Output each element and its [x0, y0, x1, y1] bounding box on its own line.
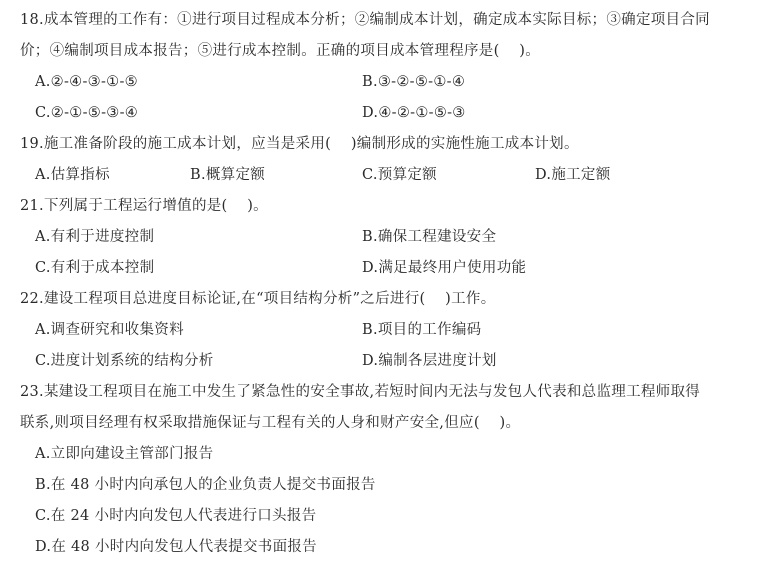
question-21-option-d: D.满足最终用户使用功能 — [362, 258, 526, 278]
question-23-option-d: D.在 48 小时内向发包人代表提交书面报告 — [35, 537, 317, 557]
question-23-option-b: B.在 48 小时内向承包人的企业负责人提交书面报告 — [35, 475, 376, 495]
question-19-option-d: D.施工定额 — [535, 165, 611, 185]
question-19-option-b: B.概算定额 — [190, 165, 265, 185]
question-22-option-d: D.编制各层进度计划 — [362, 351, 497, 371]
question-19-option-a: A.估算指标 — [35, 165, 110, 185]
question-21-option-c: C.有利于成本控制 — [35, 258, 154, 278]
question-22-option-b: B.项目的工作编码 — [362, 320, 481, 340]
question-21-option-b: B.确保工程建设安全 — [362, 227, 496, 247]
question-18-stem-line1: 18.成本管理的工作有：①进行项目过程成本分析；②编制成本计划，确定成本实际目标… — [20, 10, 710, 30]
question-21-option-a: A.有利于进度控制 — [35, 227, 154, 247]
question-21-stem: 21.下列属于工程运行增值的是( )。 — [20, 196, 268, 216]
question-22-stem: 22.建设工程项目总进度目标论证,在“项目结构分析”之后进行( )工作。 — [20, 289, 496, 309]
question-23-stem-line2: 联系,则项目经理有权采取措施保证与工程有关的人身和财产安全,但应( )。 — [20, 413, 520, 433]
question-23-option-a: A.立即向建设主管部门报告 — [35, 444, 213, 464]
question-22-option-c: C.进度计划系统的结构分析 — [35, 351, 214, 371]
question-18-option-d: D.④-②-①-⑤-③ — [362, 103, 466, 123]
question-18-option-c: C.②-①-⑤-③-④ — [35, 103, 138, 123]
question-18-option-a: A.②-④-③-①-⑤ — [35, 72, 138, 92]
question-23-stem-line1: 23.某建设工程项目在施工中发生了紧急性的安全事故,若短时间内无法与发包人代表和… — [20, 382, 700, 402]
question-19-option-c: C.预算定额 — [362, 165, 437, 185]
question-23-option-c: C.在 24 小时内向发包人代表进行口头报告 — [35, 506, 316, 526]
question-18-stem-line2: 价；④编制项目成本报告；⑤进行成本控制。正确的项目成本管理程序是( )。 — [20, 41, 540, 61]
question-19-stem: 19.施工准备阶段的施工成本计划，应当是采用( )编制形成的实施性施工成本计划。 — [20, 134, 579, 154]
question-22-option-a: A.调查研究和收集资料 — [35, 320, 184, 340]
question-18-option-b: B.③-②-⑤-①-④ — [362, 72, 465, 92]
